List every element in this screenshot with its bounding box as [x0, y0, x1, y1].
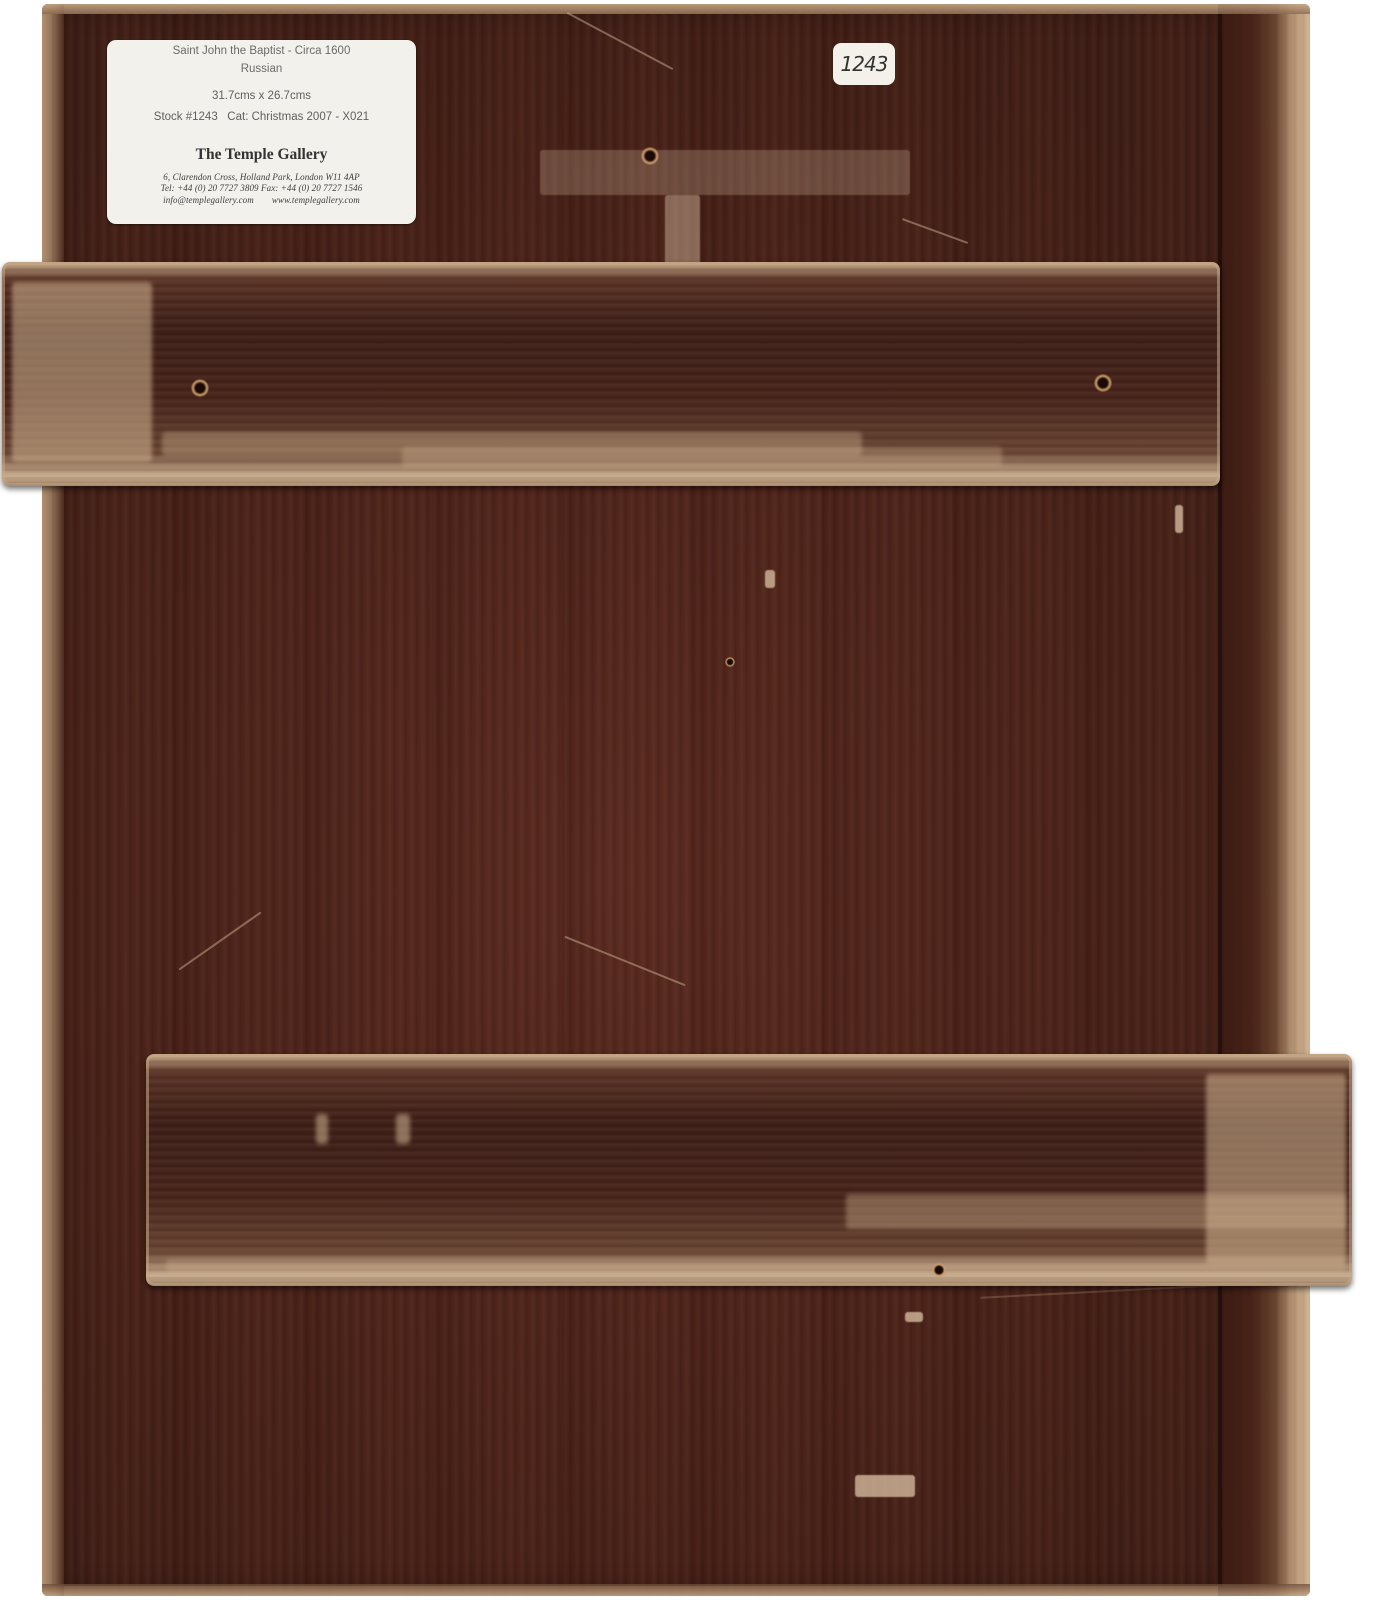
- nail-hole: [641, 147, 659, 165]
- gallery-label: Saint John the Baptist - Circa 1600 Russ…: [107, 40, 416, 224]
- batten-chip: [396, 1114, 410, 1144]
- gallery-email: info@templegallery.com: [163, 195, 254, 205]
- chip: [905, 1312, 923, 1322]
- batten-wear: [402, 447, 1002, 467]
- batten-wear: [846, 1194, 1346, 1229]
- artwork-title: Saint John the Baptist - Circa 1600: [107, 45, 416, 57]
- artwork-origin: Russian: [107, 63, 416, 75]
- batten-chip: [316, 1114, 328, 1144]
- stock-number-tag: 1243: [833, 43, 895, 85]
- batten-wear: [1206, 1074, 1346, 1264]
- worn-patch: [540, 150, 910, 195]
- stock-number: 1243: [841, 52, 888, 76]
- panel-top-edge: [42, 4, 1310, 14]
- bottom-batten: [146, 1054, 1352, 1286]
- gallery-phone-fax: Tel: +44 (0) 20 7727 3809 Fax: +44 (0) 2…: [107, 183, 416, 193]
- chip: [1175, 505, 1183, 533]
- nail-hole: [1094, 374, 1112, 392]
- gallery-name: The Temple Gallery: [107, 146, 416, 164]
- chip: [855, 1475, 915, 1497]
- gallery-address: 6, Clarendon Cross, Holland Park, London…: [107, 172, 416, 182]
- panel-bottom-edge: [42, 1584, 1310, 1596]
- crack-damage: [665, 195, 700, 265]
- panel-board-seam: [1218, 4, 1222, 1596]
- panel-right-board: [1222, 4, 1310, 1596]
- gallery-contact-row: info@templegallery.com www.templegallery…: [107, 195, 416, 205]
- nail-hole: [932, 1263, 946, 1277]
- artwork-dimensions: 31.7cms x 26.7cms: [107, 90, 416, 102]
- chip: [765, 570, 775, 588]
- stock-catalog-line: Stock #1243 Cat: Christmas 2007 - X021: [107, 111, 416, 123]
- gallery-website: www.templegallery.com: [272, 195, 360, 205]
- top-batten: [2, 262, 1220, 486]
- panel-left-edge: [42, 4, 64, 1596]
- nail-hole: [191, 379, 209, 397]
- batten-wear: [166, 1259, 1346, 1273]
- nail-hole: [725, 657, 735, 667]
- batten-wear: [12, 282, 152, 462]
